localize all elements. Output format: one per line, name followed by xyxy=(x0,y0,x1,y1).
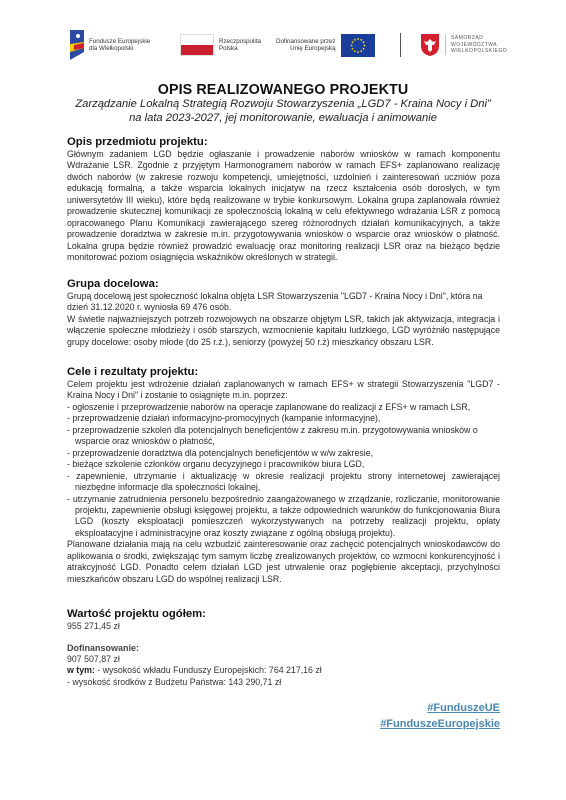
hashtags: #FunduszeUE #FunduszeEuropejskie xyxy=(380,700,500,732)
section-target-group: Grupa docelowa: Grupą docelową jest społ… xyxy=(67,278,500,348)
rzeczpospolita-polska-logo: Rzeczpospolita Polska xyxy=(180,28,261,62)
section-heading: Grupa docelowa: xyxy=(67,278,500,291)
breakdown-label: w tym: xyxy=(67,665,95,675)
logo-separator xyxy=(400,33,401,57)
fe-line2: dla Wielkopolski xyxy=(89,45,150,53)
fundusze-europejskie-icon xyxy=(70,30,84,60)
section-goals-results: Cele i rezultaty projektu: Celem projekt… xyxy=(67,366,500,585)
section-paragraph: W świetle najważniejszych potrzeb rozwoj… xyxy=(67,314,500,348)
ue-line1: Dofinansowane przez xyxy=(276,38,336,46)
section-heading: Cele i rezultaty projektu: xyxy=(67,366,500,379)
list-item: - ogłoszenie i przeprowadzenie naborów n… xyxy=(67,402,500,413)
total-value: 955 271,45 zł xyxy=(67,621,500,633)
section-intro: Celem projektu jest wdrożenie działań za… xyxy=(67,379,500,402)
page-title: OPIS REALIZOWANEGO PROJEKTU xyxy=(0,82,566,98)
list-item: - zapewnienie, utrzymanie i aktualizację… xyxy=(67,471,500,494)
list-item: - przeprowadzenie szkoleń dla potencjaln… xyxy=(67,425,500,448)
polish-flag-icon xyxy=(180,34,214,56)
section-paragraph: Grupą docelową jest społeczność lokalna … xyxy=(67,291,500,314)
state-budget-value: - wysokość środków z Budżetu Państwa: 14… xyxy=(67,677,500,689)
page-subtitle: Zarządzanie Lokalną Strategią Rozwoju St… xyxy=(60,97,506,125)
eu-flag-icon xyxy=(341,34,375,57)
cofinancing-value: 907 507,87 zł xyxy=(67,654,500,666)
list-item: - przeprowadzenie doradztwa dla potencja… xyxy=(67,448,500,459)
eu-cofinanced-logo: Dofinansowane przez Unię Europejską xyxy=(276,28,375,62)
list-item: - przeprowadzenie działań informacyjno-p… xyxy=(67,413,500,424)
rp-line2: Polska xyxy=(219,45,261,53)
samorzad-wojewodztwa-logo: SAMORZĄD WOJEWÓDZTWA WIELKOPOLSKIEGO xyxy=(420,28,507,62)
breakdown-eu: w tym: - wysokość wkładu Funduszy Europe… xyxy=(67,665,500,677)
list-item: - bieżące szkolenie członków organu decy… xyxy=(67,459,500,470)
eu-funds-value: - wysokość wkładu Funduszy Europejskich:… xyxy=(95,665,322,675)
logo-bar: Fundusze Europejskie dla Wielkopolski Rz… xyxy=(70,28,500,62)
fe-line1: Fundusze Europejskie xyxy=(89,38,150,46)
section-body: Głównym zadaniem LGD będzie ogłaszanie i… xyxy=(67,149,500,264)
subtitle-line2: na lata 2023-2027, jej monitorowanie, ew… xyxy=(60,111,506,125)
hashtag-fundusze-europejskie[interactable]: #FunduszeEuropejskie xyxy=(380,716,500,732)
rp-line1: Rzeczpospolita xyxy=(219,38,261,46)
subtitle-line1: Zarządzanie Lokalną Strategią Rozwoju St… xyxy=(60,97,506,111)
list-item: - utrzymanie zatrudnienia personelu bezp… xyxy=(67,494,500,540)
ue-line2: Unię Europejską xyxy=(276,45,336,53)
coat-of-arms-icon xyxy=(420,33,440,57)
sw-line3: WIELKOPOLSKIEGO xyxy=(451,48,507,55)
cofinancing-label: Dofinansowanie: xyxy=(67,643,500,654)
fundusze-europejskie-logo: Fundusze Europejskie dla Wielkopolski xyxy=(70,28,150,62)
section-project-value: Wartość projektu ogółem: 955 271,45 zł D… xyxy=(67,608,500,688)
section-heading: Wartość projektu ogółem: xyxy=(67,608,500,621)
goals-list: - ogłoszenie i przeprowadzenie naborów n… xyxy=(67,402,500,539)
section-heading: Opis przedmiotu projektu: xyxy=(67,136,500,149)
hashtag-fundusze-ue[interactable]: #FunduszeUE xyxy=(380,700,500,716)
section-outro: Planowane działania mają na celu wzbudzi… xyxy=(67,539,500,585)
section-project-description: Opis przedmiotu projektu: Głównym zadani… xyxy=(67,136,500,264)
